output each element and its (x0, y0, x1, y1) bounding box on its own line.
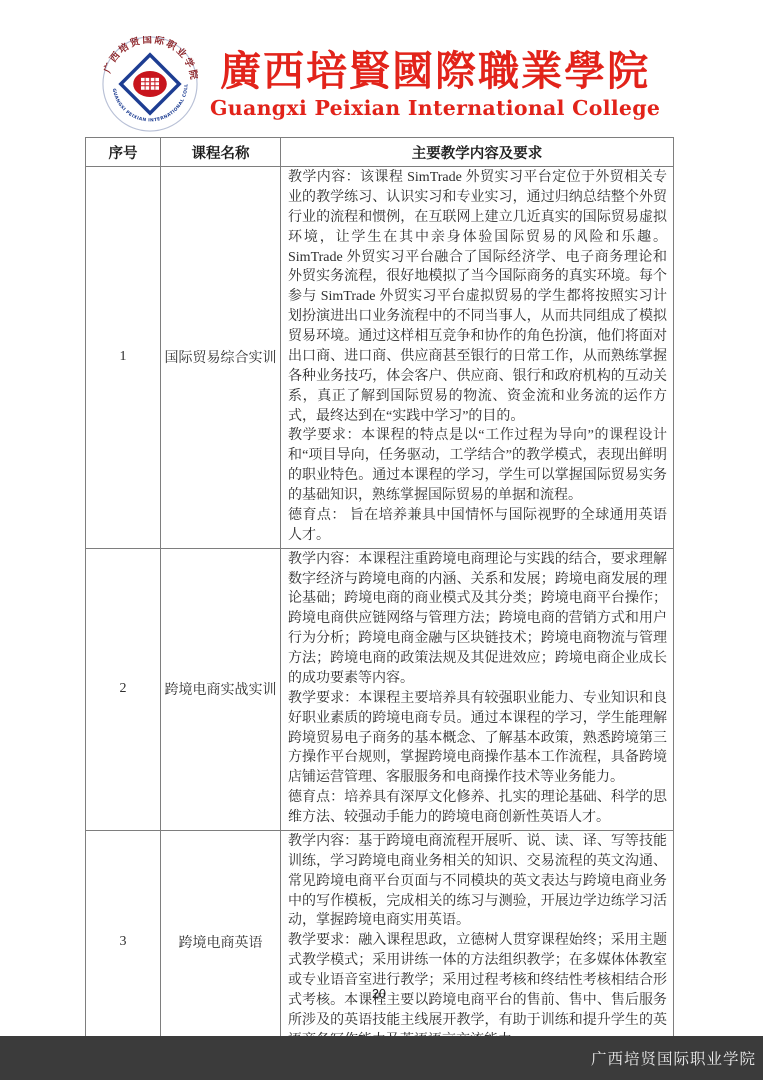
seal-red-core (133, 71, 167, 97)
row-number-cell: 2 (86, 548, 161, 830)
course-name-cell: 跨境电商实战实训 (161, 548, 281, 830)
college-header: 广西培贤国际职业学院 GUANGXI PEIXIAN INTERNATIONAL… (102, 36, 660, 132)
document-page: 广西培贤国际职业学院 GUANGXI PEIXIAN INTERNATIONAL… (0, 0, 763, 1080)
row-number-cell: 1 (86, 167, 161, 549)
table-row: 3跨境电商英语教学内容：基于跨境电商流程开展听、说、读、译、写等技能训练，学习跨… (86, 830, 674, 1053)
course-content-cell: 教学内容：基于跨境电商流程开展听、说、读、译、写等技能训练，学习跨境电商业务相关… (281, 830, 674, 1053)
course-content-cell: 教学内容：该课程 SimTrade 外贸实习平台定位于外贸相关专业的教学练习、认… (281, 167, 674, 549)
table-header-row: 序号 课程名称 主要教学内容及要求 (86, 138, 674, 167)
content-paragraph: 教学要求：本课程主要培养具有较强职业能力、专业知识和良好职业素质的跨境电商专员。… (288, 689, 667, 788)
page-number: 20 (85, 987, 673, 1001)
college-seal-icon: 广西培贤国际职业学院 GUANGXI PEIXIAN INTERNATIONAL… (102, 36, 198, 132)
course-name-cell: 国际贸易综合实训 (161, 167, 281, 549)
col-header-number: 序号 (86, 138, 161, 167)
table-row: 1国际贸易综合实训教学内容：该课程 SimTrade 外贸实习平台定位于外贸相关… (86, 167, 674, 549)
content-paragraph: 德育点：培养具有深厚文化修养、扎实的理论基础、科学的思维方法、较强动手能力的跨境… (288, 788, 667, 828)
content-paragraph: 教学要求：本课程的特点是以“工作过程为导向”的课程设计和“项目导向，任务驱动，工… (288, 426, 667, 506)
col-header-content: 主要教学内容及要求 (281, 138, 674, 167)
college-title-zh: 廣西培賢國際職業學院 (210, 48, 660, 95)
content-paragraph: 教学内容：本课程注重跨境电商理论与实践的结合，要求理解数字经济与跨境电商的内涵、… (288, 550, 667, 689)
college-titles: 廣西培賢國際職業學院 Guangxi Peixian International… (210, 48, 660, 120)
courses-table: 序号 课程名称 主要教学内容及要求 1国际贸易综合实训教学内容：该课程 SimT… (85, 137, 674, 1054)
footer-watermark-text: 广西培贤国际职业学院 (591, 1047, 756, 1069)
content-paragraph: 教学内容：基于跨境电商流程开展听、说、读、译、写等技能训练，学习跨境电商业务相关… (288, 832, 667, 931)
course-name-cell: 跨境电商英语 (161, 830, 281, 1053)
course-content-cell: 教学内容：本课程注重跨境电商理论与实践的结合，要求理解数字经济与跨境电商的内涵、… (281, 548, 674, 830)
row-number-cell: 3 (86, 830, 161, 1053)
college-title-en: Guangxi Peixian International College (210, 96, 660, 120)
footer-bar: 广西培贤国际职业学院 (0, 1036, 763, 1080)
content-paragraph: 德育点： 旨在培养兼具中国情怀与国际视野的全球通用英语人才。 (288, 506, 667, 546)
content-paragraph: 教学内容：该课程 SimTrade 外贸实习平台定位于外贸相关专业的教学练习、认… (288, 168, 667, 426)
col-header-course-name: 课程名称 (161, 138, 281, 167)
table-row: 2跨境电商实战实训教学内容：本课程注重跨境电商理论与实践的结合，要求理解数字经济… (86, 548, 674, 830)
